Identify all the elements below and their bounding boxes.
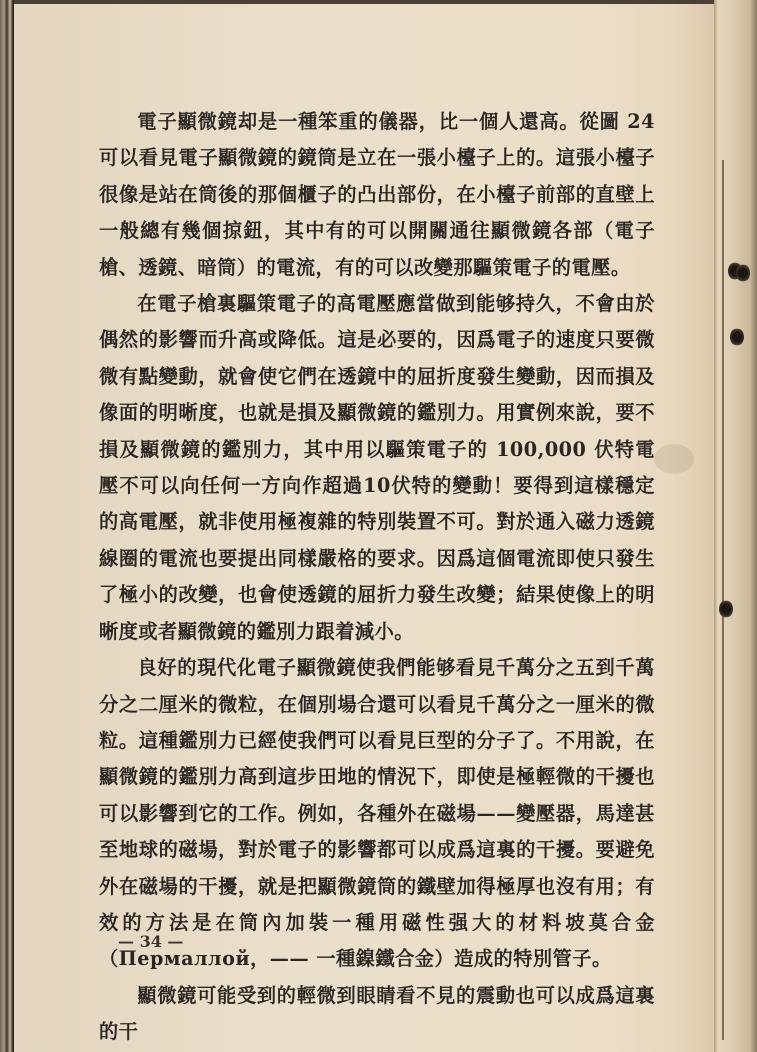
page-gutter (714, 0, 757, 1052)
page-number: — 34 — (118, 932, 183, 951)
book-spine-edge (0, 0, 14, 1052)
paragraph-2: 在電子槍裏驅策電子的高電壓應當做到能够持久，不會由於偶然的影響而升高或降低。這是… (99, 286, 655, 650)
binding-hole-3 (730, 328, 744, 346)
paragraph-4: 顯微鏡可能受到的輕微到眼睛看不見的震動也可以成爲這裏的干 (99, 978, 655, 1051)
paragraph-3: 良好的現代化電子顯微鏡使我們能够看見千萬分之五到千萬分之二厘米的微粒，在個別場合… (99, 650, 655, 978)
binding-hole-4 (719, 600, 733, 618)
body-text: 電子顯微鏡却是一種笨重的儀器，比一個人還高。從圖 24 可以看見電子顯微鏡的鏡筒… (99, 104, 655, 1051)
binding-hole-2 (736, 264, 750, 282)
paper-stain (654, 444, 694, 474)
paragraph-1: 電子顯微鏡却是一種笨重的儀器，比一個人還高。從圖 24 可以看見電子顯微鏡的鏡筒… (99, 104, 655, 286)
